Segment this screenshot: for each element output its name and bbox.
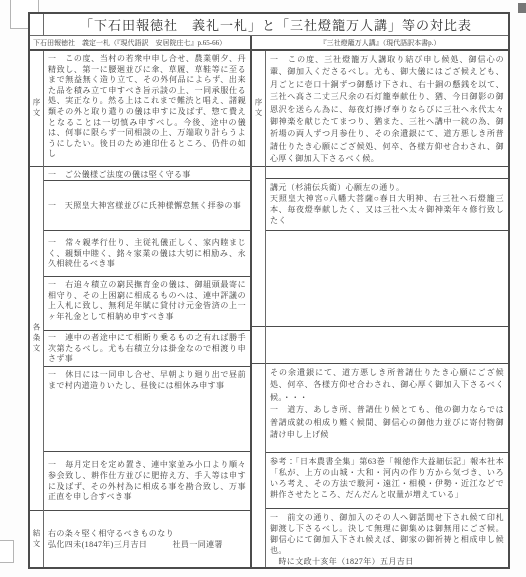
right-label-spacer-1 — [252, 167, 265, 327]
left-article-4: 一 右追々積立の窮民撫育金の儀は、御組頭最寄に相守り、その上困窮に相成るものへは… — [44, 277, 250, 331]
left-articles-label: 各条文 — [30, 167, 43, 511]
right-row-3 — [266, 231, 508, 327]
right-label-spacer-2 — [252, 327, 265, 364]
left-section-labels: 序文 各条文 結文 — [30, 51, 44, 567]
right-preface-text: 一 この度、三社燈籠万人講取り結び申し候処、御信心の輩、御加入くださるべし。尤も… — [266, 51, 508, 167]
title-spacer-cell — [30, 14, 44, 35]
page-edge-artifact — [0, 540, 14, 563]
left-article-5: 一 連中の者途中にて相断り乗るもの之有れば勝手次第たるべし。尤も右積立分は掛金な… — [44, 331, 250, 367]
right-preface-label: 序文 — [252, 51, 265, 167]
left-document-column: 序文 各条文 結文 一 この度、当村の若衆中申し合せ、農業朝夕、丹精致し、第一に… — [30, 51, 252, 567]
scrollbar-artifact — [518, 3, 526, 13]
left-article-1: 一 ご公儀様ご法度の儀は堅く守る事 — [44, 167, 250, 181]
comparison-table: 「下石田報徳社 義礼一札」と「三社燈籠万人講」等の対比表 下石田報徳社 義定一札… — [28, 12, 510, 569]
right-content-column: 一 この度、三社燈籠万人講取り結び申し候処、御信心の輩、御加入くださるべし。尤も… — [266, 51, 508, 567]
left-article-6: 一 休日には一同申し合せ、早朝より廻り出で昼前まで村内道造りいたし、昼後には相休… — [44, 367, 250, 452]
right-section-labels: 序文 — [252, 51, 266, 567]
left-article-3: 一 常々親孝行仕り、主従礼儀正しく、家内睦まじく、親類中睦く、銘々家業の儀は大切… — [44, 231, 250, 277]
right-row-4 — [266, 327, 508, 364]
right-row-2-vow: 講元（杉浦伝兵衛）心願左の通り。 天照皇大神宮○八幡大菩薩○春日大明神、右三社へ… — [266, 179, 508, 231]
table-body: 序文 各条文 結文 一 この度、当村の若衆中申し合せ、農業朝夕、丹精致し、第一に… — [30, 51, 508, 567]
left-preface-label: 序文 — [30, 51, 43, 167]
right-label-spacer-3 — [252, 364, 265, 567]
left-content-column: 一 この度、当村の若衆中申し合せ、農業朝夕、丹精致し、第一に腰廻並びに傘、草履、… — [44, 51, 250, 567]
left-article-7: 一 毎月定日を定め置き、連中家並み小口より順々参会致し、耕作仕方並びに肥拵え方、… — [44, 452, 250, 511]
page-title: 「下石田報徳社 義礼一札」と「三社燈籠万人講」等の対比表 — [44, 14, 508, 35]
right-row-7-closing: 一 前文の通り、御加入のその人へ御話聞せ下され候て印札御渡し下さるべし。決して無… — [266, 509, 508, 567]
right-document-column: 序文 一 この度、三社燈籠万人講取り結び申し候処、御信心の輩、御加入くださるべし… — [252, 51, 508, 567]
right-row-1 — [266, 167, 508, 179]
column-header-row: 下石田報徳社 義定一札（『現代語訳 安居院庄七』p.65-66） 『三社燈籠万人… — [30, 36, 508, 51]
left-column-header: 下石田報徳社 義定一札（『現代語訳 安居院庄七』p.65-66） — [30, 36, 252, 49]
title-row: 「下石田報徳社 義礼一札」と「三社燈籠万人講」等の対比表 — [30, 14, 508, 36]
right-row-6-reference: 参考：「日本農書全集」第63巻「報徳作大益細伝記」報本社本「私が、上方の山城・大… — [266, 453, 508, 509]
left-preface-text: 一 この度、当村の若衆中申し合せ、農業朝夕、丹精致し、第一に腰廻並びに傘、草履、… — [44, 51, 250, 167]
left-conclusion-text: 右の条々堅く相守るべきものなり 弘化四未(1847年)三月吉日 社員一同連署 — [44, 511, 250, 567]
right-column-header: 『三社燈籠万人講』（現代語訳本書p.） — [252, 36, 508, 49]
left-article-2: 一 天照皇大神宮様並びに氏神様懈怠無く拝参の事 — [44, 181, 250, 231]
left-conclusion-label: 結文 — [30, 511, 43, 567]
right-row-5-road-repair: その余遺銀にて、道方悪しき所普請仕りたき心願にござ候処、何卒、各様方仰せ合わされ… — [266, 364, 508, 453]
